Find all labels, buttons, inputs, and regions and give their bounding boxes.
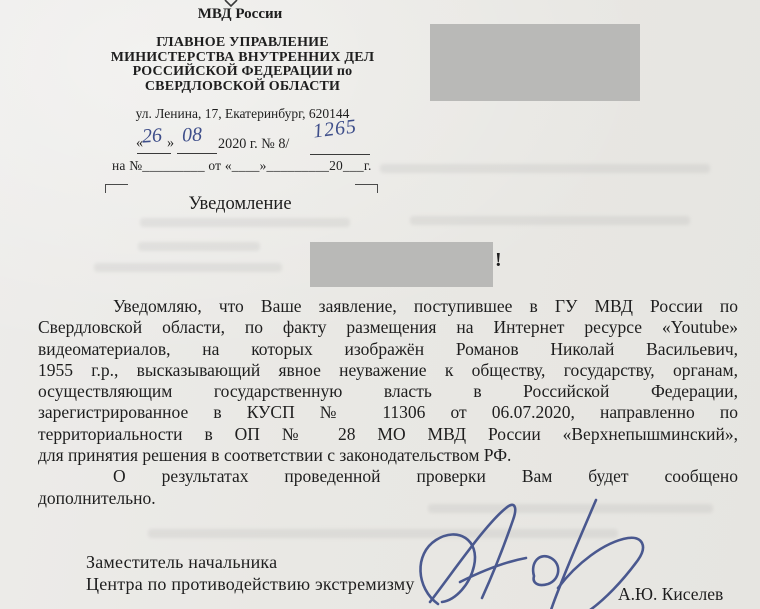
body-line: Уведомляю, что Ваше заявление, поступивш… [38,296,738,317]
date-printed: 2020 г. № 8/ [218,136,289,153]
corner-mark [355,184,378,193]
body-line: видеоматериалов, на которых изображён Ро… [38,339,738,360]
redacted-region [310,242,493,287]
date-close-quote: » [167,135,174,152]
redacted-region [430,24,640,101]
corner-mark [105,184,128,193]
blank-underline [310,153,370,155]
handwritten-month: 08 [181,124,202,145]
bleed-through-text [138,242,260,251]
org-block-line: МИНИСТЕРСТВА ВНУТРЕННИХ ДЕЛ [95,51,390,66]
letter-body: Уведомляю, что Ваше заявление, поступивш… [38,296,738,509]
org-block-line: РОССИЙСКОЙ ФЕДЕРАЦИИ по [95,65,390,80]
signer-name: А.Ю. Киселев [618,584,723,605]
body-line: 1955 г.р., высказывающий явное неуважени… [38,360,738,381]
handwritten-day: 26 [141,125,162,146]
org-block-line: СВЕРДЛОВСКОЙ ОБЛАСТИ [95,80,390,95]
bleed-through-text [380,164,710,173]
reference-line: на №_________ от «____»_________20___г. [112,158,372,174]
signer-position: Заместитель начальника Центра по противо… [86,552,415,595]
bleed-through-text [410,216,690,225]
blank-underline [177,152,217,154]
org-name: МВД России [130,6,350,23]
scanned-letter: МВД России ГЛАВНОЕ УПРАВЛЕНИЕ МИНИСТЕРСТ… [0,0,760,609]
salutation-exclamation: ! [495,249,502,272]
bleed-through-text [94,263,282,272]
body-line: для принятия решения в соответствии с за… [38,445,738,466]
body-line: Свердловской области, по факту размещени… [38,317,738,338]
body-line: территориальности в ОП № 28 МО МВД Росси… [38,424,738,445]
org-block: ГЛАВНОЕ УПРАВЛЕНИЕ МИНИСТЕРСТВА ВНУТРЕНН… [95,36,390,94]
handwritten-number: 1265 [312,116,358,141]
bleed-through-text [140,218,350,227]
signer-position-line: Заместитель начальника [86,552,415,574]
body-line: осуществляющим государственную власть в … [38,381,738,402]
body-line: О результатах проведенной проверки Вам б… [38,466,738,487]
blank-underline [137,152,171,154]
org-block-line: ГЛАВНОЕ УПРАВЛЕНИЕ [95,36,390,51]
signer-position-line: Центра по противодействию экстремизму [86,574,415,596]
body-line: зарегистрированное в КУСП № 11306 от 06.… [38,402,738,423]
handwritten-signature [408,496,653,609]
document-title: Уведомление [140,194,340,215]
